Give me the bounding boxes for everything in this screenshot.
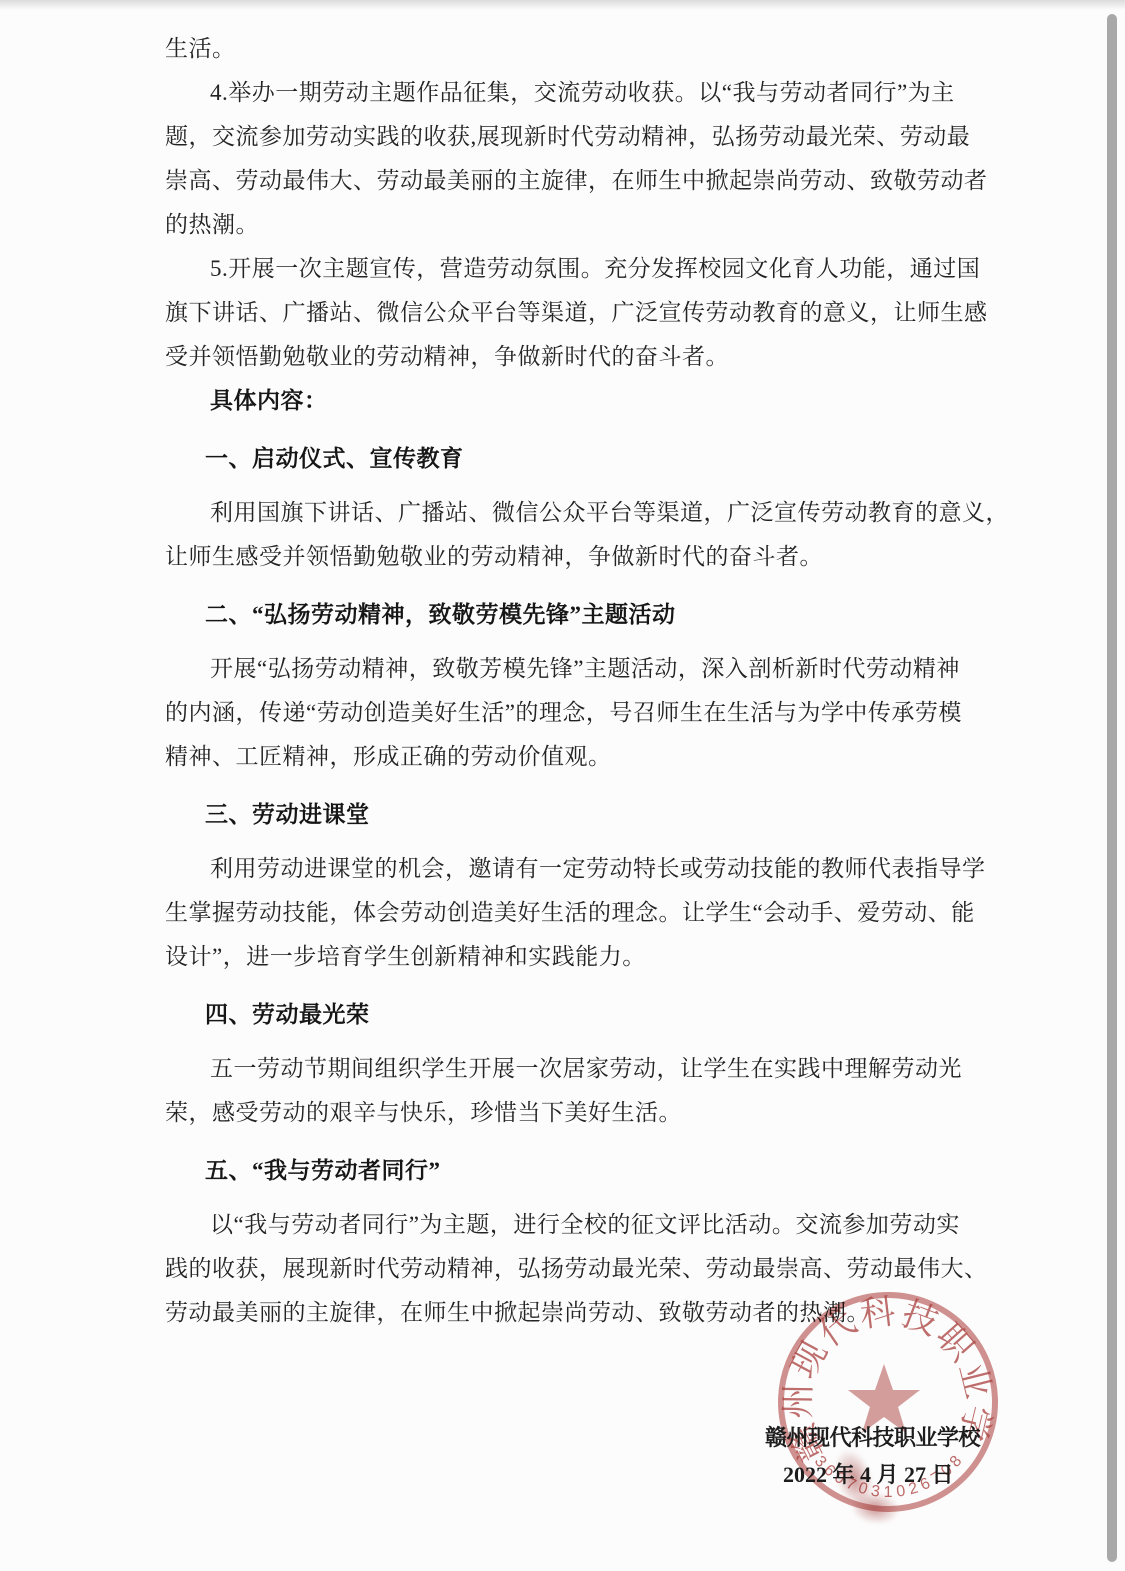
document-page: 生活。4.举办一期劳动主题作品征集，交流劳动收获。以“我与劳动者同行”为主题，交… xyxy=(0,0,1125,1571)
page-top-shadow xyxy=(0,0,1125,10)
text-line: 开展“弘扬劳动精神，致敬芳模先锋”主题活动，深入剖析新时代劳动精神 xyxy=(165,647,995,691)
section-heading: 二、“弘扬劳动精神，致敬劳模先锋”主题活动 xyxy=(165,593,995,637)
text-line: 受并领悟勤勉敬业的劳动精神，争做新时代的奋斗者。 xyxy=(165,335,995,379)
text-line: 利用劳动进课堂的机会，邀请有一定劳动特长或劳动技能的教师代表指导学 xyxy=(165,847,995,891)
text-line: 的热潮。 xyxy=(165,203,995,247)
text-line: 利用国旗下讲话、广播站、微信公众平台等渠道，广泛宣传劳动教育的意义， xyxy=(165,491,995,535)
signature-date: 2022 年 4 月 27 日 xyxy=(783,1458,954,1489)
scrollbar-thumb[interactable] xyxy=(1107,14,1117,1562)
text-line: 具体内容： xyxy=(165,379,995,423)
text-line: 旗下讲话、广播站、微信公众平台等渠道，广泛宣传劳动教育的意义，让师生感 xyxy=(165,291,995,335)
text-line: 劳动最美丽的主旋律，在师生中掀起崇尚劳动、致敬劳动者的热潮。 xyxy=(165,1291,995,1335)
section-heading: 四、劳动最光荣 xyxy=(165,993,995,1037)
document-text: 生活。4.举办一期劳动主题作品征集，交流劳动收获。以“我与劳动者同行”为主题，交… xyxy=(165,27,995,1335)
text-line: 生活。 xyxy=(165,27,995,71)
text-line: 荣，感受劳动的艰辛与快乐，珍惜当下美好生活。 xyxy=(165,1091,995,1135)
text-line: 的内涵，传递“劳动创造美好生活”的理念，号召师生在生活与为学中传承劳模 xyxy=(165,691,995,735)
text-line: 题，交流参加劳动实践的收获,展现新时代劳动精神，弘扬劳动最光荣、劳动最 xyxy=(165,115,995,159)
text-line: 崇高、劳动最伟大、劳动最美丽的主旋律，在师生中掀起崇尚劳动、致敬劳动者 xyxy=(165,159,995,203)
text-line: 让师生感受并领悟勤勉敬业的劳动精神，争做新时代的奋斗者。 xyxy=(165,535,995,579)
text-line: 设计”，进一步培育学生创新精神和实践能力。 xyxy=(165,935,995,979)
section-heading: 五、“我与劳动者同行” xyxy=(165,1149,995,1193)
text-line: 生掌握劳动技能，体会劳动创造美好生活的理念。让学生“会动手、爱劳动、能 xyxy=(165,891,995,935)
text-line: 践的收获，展现新时代劳动精神，弘扬劳动最光荣、劳动最崇高、劳动最伟大、 xyxy=(165,1247,995,1291)
text-line: 以“我与劳动者同行”为主题，进行全校的征文评比活动。交流参加劳动实 xyxy=(165,1203,995,1247)
stamp-smudge xyxy=(848,1489,902,1528)
text-line: 五一劳动节期间组织学生开展一次居家劳动，让学生在实践中理解劳动光 xyxy=(165,1047,995,1091)
text-line: 精神、工匠精神，形成正确的劳动价值观。 xyxy=(165,735,995,779)
section-heading: 一、启动仪式、宣传教育 xyxy=(165,437,995,481)
section-heading: 三、劳动进课堂 xyxy=(165,793,995,837)
signature-school-name: 赣州现代科技职业学校 xyxy=(765,1421,980,1452)
text-line: 4.举办一期劳动主题作品征集，交流劳动收获。以“我与劳动者同行”为主 xyxy=(165,71,995,115)
text-line: 5.开展一次主题宣传，营造劳动氛围。充分发挥校园文化育人功能，通过国 xyxy=(165,247,995,291)
